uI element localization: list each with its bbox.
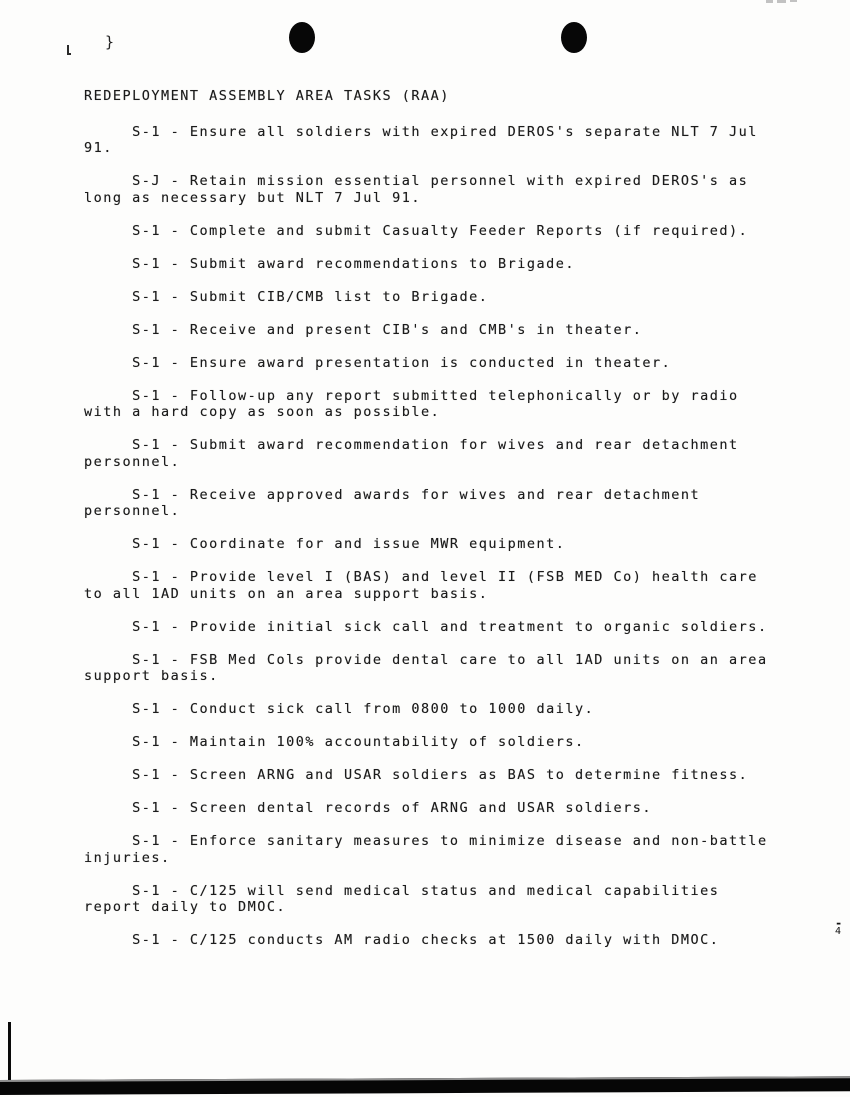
scan-artifact-brace: } <box>105 33 114 51</box>
task-paragraph: S-1 - Screen dental records of ARNG and … <box>84 800 804 817</box>
scan-artifact-tick <box>67 45 69 53</box>
punch-hole-right <box>561 22 587 53</box>
scan-artifact-four: 4 <box>835 926 841 937</box>
scanned-page: } - 4 REDEPLOYMENT ASSEMBLY AREA TASKS (… <box>0 0 850 1097</box>
task-paragraph: S-1 - Follow-up any report submitted tel… <box>84 388 804 421</box>
task-line: S-1 - Follow-up any report submitted tel… <box>84 388 804 405</box>
task-paragraph: S-1 - Receive and present CIB's and CMB'… <box>84 322 804 339</box>
task-line: S-1 - Receive and present CIB's and CMB'… <box>84 322 804 339</box>
scan-edge-bar <box>0 1076 850 1095</box>
task-line: S-1 - Screen dental records of ARNG and … <box>84 800 804 817</box>
task-paragraph: S-1 - Provide initial sick call and trea… <box>84 619 804 636</box>
task-line: S-1 - Provide initial sick call and trea… <box>84 619 804 636</box>
task-line: S-1 - Enforce sanitary measures to minim… <box>84 833 804 850</box>
task-paragraph: S-1 - C/125 will send medical status and… <box>84 883 804 916</box>
task-paragraph: S-1 - Submit CIB/CMB list to Brigade. <box>84 289 804 306</box>
scan-artifact-smudge <box>766 0 773 3</box>
task-paragraph: S-1 - Complete and submit Casualty Feede… <box>84 223 804 240</box>
task-line: S-1 - Screen ARNG and USAR soldiers as B… <box>84 767 804 784</box>
task-line: S-1 - Complete and submit Casualty Feede… <box>84 223 804 240</box>
task-paragraph: S-1 - Maintain 100% accountability of so… <box>84 734 804 751</box>
task-line: personnel. <box>84 454 804 471</box>
task-paragraph: S-1 - Submit award recommendation for wi… <box>84 437 804 470</box>
task-line: 91. <box>84 140 804 157</box>
task-line: report daily to DMOC. <box>84 899 804 916</box>
task-paragraph: S-1 - Submit award recommendations to Br… <box>84 256 804 273</box>
document-body: REDEPLOYMENT ASSEMBLY AREA TASKS (RAA) S… <box>84 88 804 965</box>
task-line: support basis. <box>84 668 804 685</box>
task-paragraph: S-1 - FSB Med Cols provide dental care t… <box>84 652 804 685</box>
task-line: long as necessary but NLT 7 Jul 91. <box>84 190 804 207</box>
task-line: S-1 - C/125 will send medical status and… <box>84 883 804 900</box>
task-line: S-1 - Maintain 100% accountability of so… <box>84 734 804 751</box>
task-line: personnel. <box>84 503 804 520</box>
task-line: S-1 - Submit CIB/CMB list to Brigade. <box>84 289 804 306</box>
task-line: S-J - Retain mission essential personnel… <box>84 173 804 190</box>
task-paragraph: S-1 - Ensure award presentation is condu… <box>84 355 804 372</box>
task-line: S-1 - Submit award recommendation for wi… <box>84 437 804 454</box>
task-line: to all 1AD units on an area support basi… <box>84 586 804 603</box>
task-line: S-1 - Submit award recommendations to Br… <box>84 256 804 273</box>
task-line: with a hard copy as soon as possible. <box>84 404 804 421</box>
task-line: S-1 - Provide level I (BAS) and level II… <box>84 569 804 586</box>
task-line: S-1 - Conduct sick call from 0800 to 100… <box>84 701 804 718</box>
task-paragraph: S-1 - Receive approved awards for wives … <box>84 487 804 520</box>
document-title: REDEPLOYMENT ASSEMBLY AREA TASKS (RAA) <box>84 88 804 105</box>
task-line: S-1 - FSB Med Cols provide dental care t… <box>84 652 804 669</box>
scan-artifact-smudge <box>790 0 797 2</box>
task-paragraph: S-1 - Enforce sanitary measures to minim… <box>84 833 804 866</box>
task-line: S-1 - Receive approved awards for wives … <box>84 487 804 504</box>
task-line: S-1 - Ensure award presentation is condu… <box>84 355 804 372</box>
task-line: S-1 - C/125 conducts AM radio checks at … <box>84 932 804 949</box>
task-paragraph: S-J - Retain mission essential personnel… <box>84 173 804 206</box>
task-line: injuries. <box>84 850 804 867</box>
scan-edge-line <box>8 1022 11 1086</box>
task-paragraph: S-1 - Provide level I (BAS) and level II… <box>84 569 804 602</box>
task-line: S-1 - Ensure all soldiers with expired D… <box>84 124 804 141</box>
task-paragraph: S-1 - C/125 conducts AM radio checks at … <box>84 932 804 949</box>
task-paragraph: S-1 - Conduct sick call from 0800 to 100… <box>84 701 804 718</box>
task-paragraph: S-1 - Ensure all soldiers with expired D… <box>84 124 804 157</box>
task-paragraph: S-1 - Coordinate for and issue MWR equip… <box>84 536 804 553</box>
scan-artifact-smudge <box>777 0 786 3</box>
punch-hole-left <box>289 22 315 53</box>
task-paragraph: S-1 - Screen ARNG and USAR soldiers as B… <box>84 767 804 784</box>
task-line: S-1 - Coordinate for and issue MWR equip… <box>84 536 804 553</box>
